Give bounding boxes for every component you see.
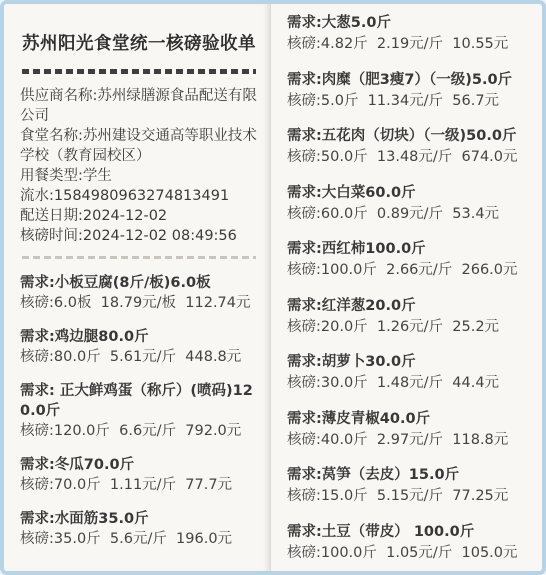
weighed-line: 核磅:20.0斤 1.26元/斤 25.2元 (287, 317, 532, 338)
item-block: 需求: 正大鲜鸡蛋（称斤）(喷码)120.0斤 核磅:120.0斤 6.6元/斤… (20, 381, 258, 441)
weighed-line: 核磅:100.0斤 1.05元/斤 105.0元 (287, 543, 532, 564)
item-block: 需求:莴笋（去皮）15.0斤 核磅:15.0斤 5.15元/斤 77.25元 (287, 465, 532, 507)
weighed-line: 核磅:5.0斤 11.34元/斤 56.7元 (287, 91, 532, 112)
receipt-info-line: 供应商名称:苏州绿膳源食品配送有限公司 (20, 86, 258, 126)
weighed-line: 核磅:120.0斤 6.6元/斤 792.0元 (20, 421, 258, 441)
demand-line: 需求:西红柿100.0斤 (287, 239, 532, 260)
receipt-info-block: 供应商名称:苏州绿膳源食品配送有限公司 食堂名称:苏州建设交通高等职业技术学校（… (20, 86, 258, 246)
item-block: 需求:冬瓜70.0斤 核磅:70.0斤 1.11元/斤 77.7元 (20, 455, 258, 495)
demand-line: 需求:大葱5.0斤 (287, 13, 532, 34)
separator-light (22, 256, 256, 259)
receipt-info-line: 流水:1584980963274813491 (20, 186, 258, 206)
receipt-photo: 苏州阳光食堂统一核磅验收单 供应商名称:苏州绿膳源食品配送有限公司 食堂名称:苏… (0, 0, 546, 575)
receipt-title: 苏州阳光食堂统一核磅验收单 (20, 30, 258, 55)
receipt-info-line: 配送日期:2024-12-02 (20, 206, 258, 226)
weighed-line: 核磅:100.0斤 2.66元/斤 266.0元 (287, 260, 532, 281)
receipt-right: 需求:大葱5.0斤 核磅:4.82斤 2.19元/斤 10.55元 需求:肉糜（… (270, 4, 542, 571)
demand-line: 需求:冬瓜70.0斤 (20, 455, 258, 475)
weighed-line: 核磅:40.0斤 2.97元/斤 118.8元 (287, 430, 532, 451)
demand-line: 需求:土豆（带皮） 100.0斤 (287, 522, 532, 543)
item-block: 需求:胡萝卜30.0斤 核磅:30.0斤 1.48元/斤 44.4元 (287, 352, 532, 394)
weighed-line: 核磅:30.0斤 1.48元/斤 44.4元 (287, 373, 532, 394)
demand-line: 需求:薄皮青椒40.0斤 (287, 409, 532, 430)
item-block: 需求:大白菜60.0斤 核磅:60.0斤 0.89元/斤 53.4元 (287, 183, 532, 225)
receipt-info-line: 食堂名称:苏州建设交通高等职业技术学校（教育园校区） (20, 126, 258, 166)
receipt-info-line: 核磅时间:2024-12-02 08:49:56 (20, 226, 258, 246)
demand-line: 需求: 正大鲜鸡蛋（称斤）(喷码)120.0斤 (20, 381, 258, 421)
item-block: 需求:肉糜（肥3瘦7）（一级)5.0斤 核磅:5.0斤 11.34元/斤 56.… (287, 70, 532, 112)
weighed-line: 核磅:4.82斤 2.19元/斤 10.55元 (287, 34, 532, 55)
item-block: 需求:小板豆腐(8斤/板)6.0板 核磅:6.0板 18.79元/板 112.7… (20, 273, 258, 313)
demand-line: 需求:五花肉（切块）（一级)50.0斤 (287, 126, 532, 147)
item-list-left: 需求:小板豆腐(8斤/板)6.0板 核磅:6.0板 18.79元/板 112.7… (20, 273, 258, 549)
weighed-line: 核磅:60.0斤 0.89元/斤 53.4元 (287, 204, 532, 225)
demand-line: 需求:胡萝卜30.0斤 (287, 352, 532, 373)
demand-line: 需求:肉糜（肥3瘦7）（一级)5.0斤 (287, 70, 532, 91)
demand-line: 需求:红洋葱20.0斤 (287, 296, 532, 317)
demand-line: 需求:莴笋（去皮）15.0斤 (287, 465, 532, 486)
receipt-info-line: 用餐类型:学生 (20, 166, 258, 186)
weighed-line: 核磅:70.0斤 1.11元/斤 77.7元 (20, 475, 258, 495)
weighed-line: 核磅:35.0斤 5.6元/斤 196.0元 (20, 529, 258, 549)
separator-bold (22, 69, 256, 74)
weighed-line: 核磅:6.0板 18.79元/板 112.74元 (20, 293, 258, 313)
weighed-line: 核磅:15.0斤 5.15元/斤 77.25元 (287, 486, 532, 507)
demand-line: 需求:水面筋35.0斤 (20, 509, 258, 529)
item-block: 需求:土豆（带皮） 100.0斤 核磅:100.0斤 1.05元/斤 105.0… (287, 522, 532, 564)
item-block: 需求:大葱5.0斤 核磅:4.82斤 2.19元/斤 10.55元 (287, 13, 532, 55)
item-block: 需求:鸡边腿80.0斤 核磅:80.0斤 5.61元/斤 448.8元 (20, 327, 258, 367)
weighed-line: 核磅:50.0斤 13.48元/斤 674.0元 (287, 147, 532, 168)
item-block: 需求:水面筋35.0斤 核磅:35.0斤 5.6元/斤 196.0元 (20, 509, 258, 549)
item-list-right: 需求:大葱5.0斤 核磅:4.82斤 2.19元/斤 10.55元 需求:肉糜（… (287, 13, 532, 564)
item-block: 需求:薄皮青椒40.0斤 核磅:40.0斤 2.97元/斤 118.8元 (287, 409, 532, 451)
demand-line: 需求:大白菜60.0斤 (287, 183, 532, 204)
receipt-left: 苏州阳光食堂统一核磅验收单 供应商名称:苏州绿膳源食品配送有限公司 食堂名称:苏… (4, 4, 270, 571)
item-block: 需求:西红柿100.0斤 核磅:100.0斤 2.66元/斤 266.0元 (287, 239, 532, 281)
item-block: 需求:红洋葱20.0斤 核磅:20.0斤 1.26元/斤 25.2元 (287, 296, 532, 338)
weighed-line: 核磅:80.0斤 5.61元/斤 448.8元 (20, 347, 258, 367)
demand-line: 需求:鸡边腿80.0斤 (20, 327, 258, 347)
demand-line: 需求:小板豆腐(8斤/板)6.0板 (20, 273, 258, 293)
item-block: 需求:五花肉（切块）（一级)50.0斤 核磅:50.0斤 13.48元/斤 67… (287, 126, 532, 168)
